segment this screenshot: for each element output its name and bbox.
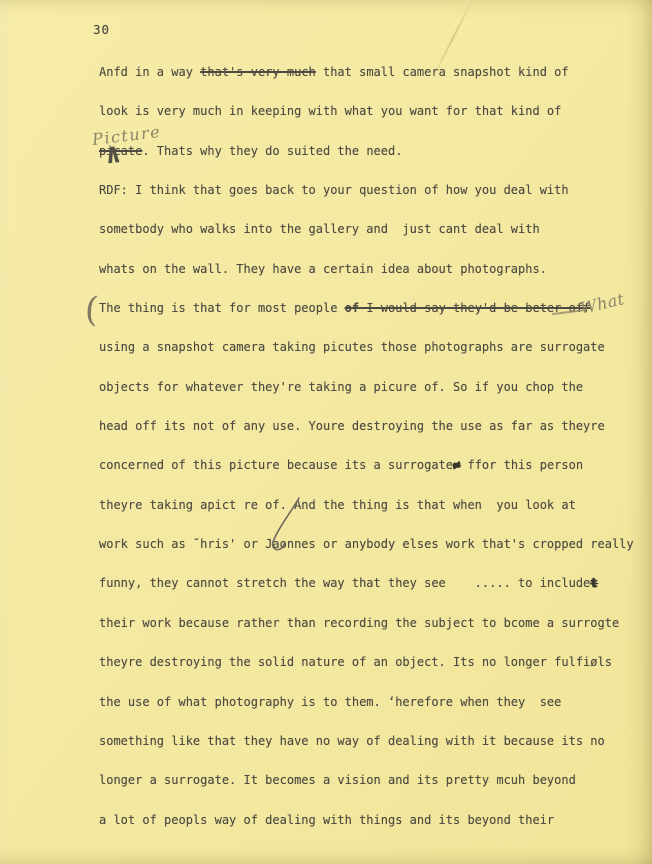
text-line: Anfd in a way that's very much that smal… — [99, 53, 644, 92]
text-line: head off its not of any use. Youre destr… — [99, 407, 644, 446]
text-segment-text: sometbody who walks into the gallery and… — [99, 222, 540, 236]
text-line: RDF: I think that goes back to your ques… — [99, 171, 644, 210]
handwritten-paren-mark: ( — [84, 290, 100, 331]
text-line: funny, they cannot stretch the way that … — [99, 564, 644, 603]
text-line: a lot of peopls way of dealing with thin… — [99, 801, 644, 840]
text-line: theyre destroying the solid nature of an… — [99, 643, 644, 682]
text-line: objects for whatever they're taking a pi… — [99, 368, 644, 407]
text-line: concerned of this picture because its a … — [99, 446, 644, 485]
text-segment-text: theyre taking apict re of. And the thing… — [99, 498, 576, 512]
text-line: look is very much in keeping with what y… — [99, 92, 644, 131]
text-segment-text: a lot of peopls way of dealing with thin… — [99, 813, 554, 827]
text-line: theyre taking apict re of. And the thing… — [99, 486, 644, 525]
text-line: the use of what photography is to them. … — [99, 683, 644, 722]
typewritten-page: 30 Anfd in a way that's very much that s… — [0, 0, 652, 864]
handwritten-stroke-mark — [262, 496, 306, 556]
text-segment-text: objects for whatever they're taking a pi… — [99, 380, 583, 394]
text-line: work such as ˘hris' or Jaonnes or anybod… — [99, 525, 644, 564]
text-lines: Anfd in a way that's very much that smal… — [99, 53, 644, 840]
text-line: picate. Thats why they do suited the nee… — [99, 132, 644, 171]
text-line: The thing is that for most people of-I w… — [99, 289, 644, 328]
text-segment-text: whats on the wall. They have a certain i… — [99, 262, 547, 276]
text-segment-text: that small camera snapshot kind of — [316, 65, 569, 79]
text-segment-text: funny, they cannot stretch the way that … — [99, 576, 590, 590]
text-segment-text: longer a surrogate. It becomes a vision … — [99, 773, 576, 787]
text-segment-text: head off its not of any use. Youre destr… — [99, 419, 605, 433]
text-segment-text: their work because rather than recording… — [99, 616, 619, 630]
text-segment-text: work such as ˘hris' or Jaonnes or anybod… — [99, 537, 634, 551]
text-segment-text: the use of what photography is to them. … — [99, 695, 561, 709]
text-segment-strike: that's very much — [200, 65, 316, 79]
handwritten-caret-mark: ∧ — [102, 137, 123, 171]
text-segment-text: theyre destroying the solid nature of an… — [99, 655, 612, 669]
text-segment-text: look is very much in keeping with what y… — [99, 104, 561, 118]
page-number: 30 — [93, 22, 110, 37]
text-segment-text: ffor this person — [460, 458, 583, 472]
text-line: their work because rather than recording… — [99, 604, 644, 643]
text-segment-text: Anfd in a way — [99, 65, 200, 79]
text-segment-text: concerned of this picture because its a … — [99, 458, 453, 472]
text-segment-text: using a snapshot camera taking picutes t… — [99, 340, 605, 354]
text-segment-blot: t — [590, 576, 597, 590]
text-segment-text: RDF: I think that goes back to your ques… — [99, 183, 569, 197]
text-line: whats on the wall. They have a certain i… — [99, 250, 644, 289]
text-segment-text: The thing is that for most people — [99, 301, 345, 315]
text-segment-text: something like that they have no way of … — [99, 734, 605, 748]
text-line: something like that they have no way of … — [99, 722, 644, 761]
text-segment-text: . Thats why they do suited the need. — [142, 144, 402, 158]
text-line: using a snapshot camera taking picutes t… — [99, 328, 644, 367]
text-line: sometbody who walks into the gallery and… — [99, 210, 644, 249]
text-segment-xout: of — [345, 301, 359, 315]
text-line: longer a surrogate. It becomes a vision … — [99, 761, 644, 800]
